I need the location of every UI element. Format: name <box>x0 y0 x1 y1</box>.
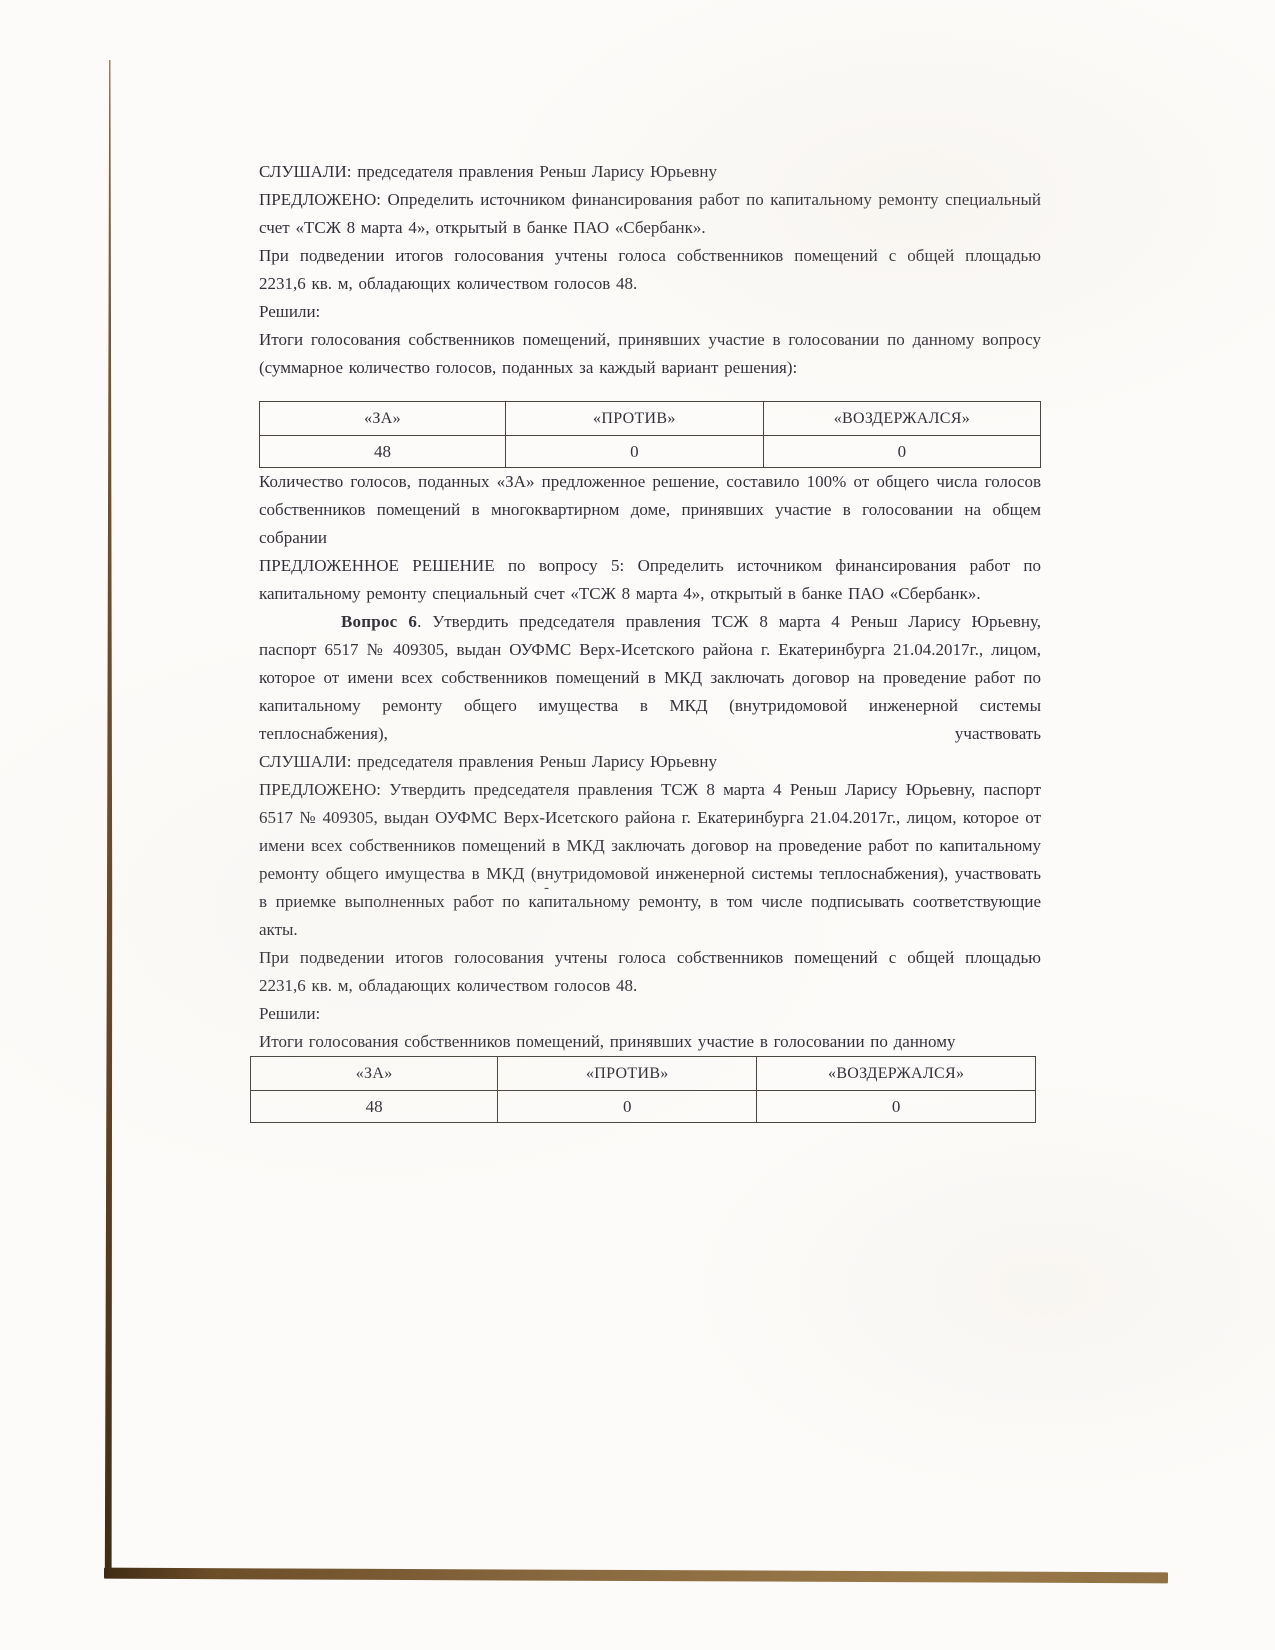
q6-decided-label: Решили: <box>259 1000 1041 1028</box>
col-protiv-header: «ПРОТИВ» <box>498 1057 757 1091</box>
vozderzhalsya-value: 0 <box>763 436 1040 468</box>
page-bottom-edge-artifact <box>104 1568 1168 1584</box>
q6-heard-line: СЛУШАЛИ: председателя правления Реньш Ла… <box>259 748 1041 776</box>
q6-results-intro: Итоги голосования собственников помещени… <box>259 1028 1041 1056</box>
col-protiv-header: «ПРОТИВ» <box>506 402 764 436</box>
vozderzhalsya-value: 0 <box>757 1091 1036 1123</box>
za-value: 48 <box>260 436 506 468</box>
q5-za-percent-note: Количество голосов, поданных «ЗА» предло… <box>259 468 1041 552</box>
za-value: 48 <box>251 1091 498 1123</box>
page-left-edge-artifact <box>103 60 113 1576</box>
q6-question-text: . Утвердить председателя правления ТСЖ 8… <box>259 612 1041 743</box>
q5-proposed-decision: ПРЕДЛОЖЕННОЕ РЕШЕНИЕ по вопросу 5: Опред… <box>259 552 1041 608</box>
table-value-row: 48 0 0 <box>260 436 1041 468</box>
document-body: СЛУШАЛИ: председателя правления Реньш Ла… <box>259 158 1041 1123</box>
q6-vote-results-table: «ЗА» «ПРОТИВ» «ВОЗДЕРЖАЛСЯ» 48 0 0 <box>250 1056 1036 1123</box>
q5-vote-results-table: «ЗА» «ПРОТИВ» «ВОЗДЕРЖАЛСЯ» 48 0 0 <box>259 401 1041 468</box>
protiv-value: 0 <box>506 436 764 468</box>
scanned-document-page: СЛУШАЛИ: председателя правления Реньш Ла… <box>0 0 1275 1650</box>
col-vozderzhalsya-header: «ВОЗДЕРЖАЛСЯ» <box>763 402 1040 436</box>
q6-question-number: Вопрос 6 <box>341 612 417 631</box>
q6-question-paragraph: Вопрос 6. Утвердить председателя правлен… <box>259 608 1041 748</box>
table-header-row: «ЗА» «ПРОТИВ» «ВОЗДЕРЖАЛСЯ» <box>251 1057 1036 1091</box>
protiv-value: 0 <box>498 1091 757 1123</box>
col-za-header: «ЗА» <box>260 402 506 436</box>
q5-results-intro: Итоги голосования собственников помещени… <box>259 326 1041 382</box>
table-value-row: 48 0 0 <box>251 1091 1036 1123</box>
table-header-row: «ЗА» «ПРОТИВ» «ВОЗДЕРЖАЛСЯ» <box>260 402 1041 436</box>
col-za-header: «ЗА» <box>251 1057 498 1091</box>
q6-proposed-line: ПРЕДЛОЖЕНО: Утвердить председателя правл… <box>259 776 1041 944</box>
col-vozderzhalsya-header: «ВОЗДЕРЖАЛСЯ» <box>757 1057 1036 1091</box>
q5-heard-line: СЛУШАЛИ: председателя правления Реньш Ла… <box>259 158 1041 186</box>
q5-decided-label: Решили: <box>259 298 1041 326</box>
q6-vote-totals-note: При подведении итогов голосования учтены… <box>259 944 1041 1000</box>
q5-proposed-line: ПРЕДЛОЖЕНО: Определить источником финанс… <box>259 186 1041 242</box>
q5-vote-totals-note: При подведении итогов голосования учтены… <box>259 242 1041 298</box>
stray-scan-mark: - <box>544 874 549 902</box>
